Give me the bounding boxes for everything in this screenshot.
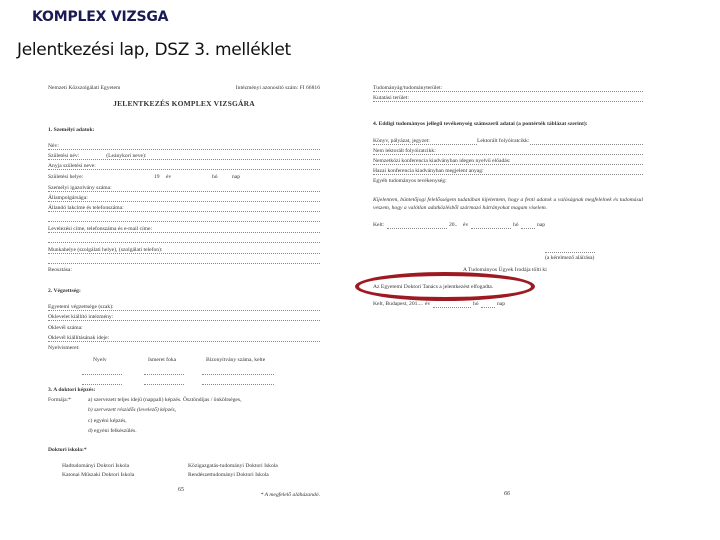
approval-date: Kelt, Budapest, 201.... év hó nap	[373, 302, 643, 308]
page-number-left: 65	[178, 487, 184, 493]
language-row-1-level	[144, 374, 184, 375]
form-title: JELENTKEZÉS KOMPLEX VIZSGÁRA	[48, 100, 320, 108]
institution-id: Intézményi azonosító szám: FI 66816	[236, 86, 320, 92]
field-other-activity: Egyéb tudományos tevékenység:	[373, 179, 643, 185]
field-mother-name: Anyja születési neve:	[48, 164, 320, 170]
field-diploma-number: Oklevél száma:	[48, 326, 320, 332]
section-1-heading: 1. Személyi adatok:	[48, 128, 320, 134]
training-option-b: b) szervezett részidős (levelező) képzés…	[88, 408, 320, 414]
section-4-heading: 4. Eddigi tudományos jellegű tevékenység…	[373, 122, 643, 128]
school-public-administration: Közigazgatás-tudományi Doktori Iskola	[188, 464, 320, 470]
field-citizenship: Állampolgársága:	[48, 196, 320, 202]
field-books: Könyv, pályázat, jegyzet:Lektorált folyó…	[373, 139, 643, 145]
signature-line	[545, 252, 595, 253]
signature-label: (a kérelmező aláírása)	[545, 256, 643, 262]
training-option-c: c) egyéni képzés,	[88, 419, 320, 425]
page-number-right: 66	[504, 491, 510, 497]
field-research-area: Kutatási terület:	[373, 96, 643, 102]
school-law-enforcement: Rendészettudományi Doktori Iskola	[188, 473, 320, 479]
office-note: A Tudományos Ügyek Irodája tölti ki	[463, 268, 643, 274]
language-row-1-language	[82, 374, 122, 375]
field-language-exam: Nyelvismeret:	[48, 346, 320, 352]
language-row-2-level	[144, 384, 184, 385]
university-name: Nemzeti Közszolgálati Egyetem	[48, 86, 120, 92]
highlight-ellipse	[355, 272, 535, 301]
field-name: Név:	[48, 144, 320, 150]
footnote: * A megfelelő aláhúzandó.	[48, 493, 320, 499]
language-row-1-certificate	[202, 374, 274, 375]
section-3-heading: 3. A doktori képzés:	[48, 388, 320, 394]
field-mailing-address: Levelezési címe, telefonszáma és e-mail …	[48, 227, 320, 233]
field-discipline: Tudományág/tudományterület:	[373, 86, 643, 92]
field-domestic-conference: Hazai konferencia kiadványban megjelent …	[373, 169, 643, 175]
field-degree: Egyetemi végzettsége (szak):	[48, 305, 320, 311]
declaration-date: Kelt: 20.. év hó nap	[373, 223, 643, 229]
field-birth-name: Születési név:(Leánykori neve):	[48, 154, 320, 160]
field-diploma-date: Oklevél kiállításának ideje:	[48, 336, 320, 342]
field-unpublished-articles: Nem lektorált folyóiratcikk:	[373, 149, 643, 155]
field-birth-place: Születési helye:19évhónap	[48, 175, 320, 181]
section-2-heading: 2. Végzettség:	[48, 289, 320, 295]
language-row-2-language	[82, 384, 122, 385]
language-row-2-certificate	[202, 384, 274, 385]
field-permanent-address: Állandó lakcíme és telefonszáma:	[48, 206, 320, 212]
slide-subtitle: Jelentkezési lap, DSZ 3. melléklet	[17, 40, 291, 60]
training-option-a: a) szervezett teljes idejű (nappali) kép…	[88, 398, 320, 404]
form-page-left: Nemzeti Közszolgálati Egyetem Intézményi…	[48, 86, 320, 506]
field-intl-conference: Nemzetközi konferencia kiadványban idege…	[373, 159, 643, 165]
field-rank: Beosztása:	[48, 268, 320, 274]
field-workplace: Munkahelye (szolgálati helye), (szolgála…	[48, 248, 320, 254]
declaration-text: Kijelentem, büntetőjogi felelősségem tud…	[373, 196, 643, 212]
field-id-number: Személyi igazolvány száma:	[48, 186, 320, 192]
training-option-d: d) egyéni felkészülés.	[88, 429, 320, 435]
slide-title: KOMPLEX VIZSGA	[32, 9, 168, 25]
field-issuing-institution: Oklevelet kiállító intézmény:	[48, 315, 320, 321]
doctoral-schools-heading: Doktori iskola:*	[48, 448, 320, 454]
